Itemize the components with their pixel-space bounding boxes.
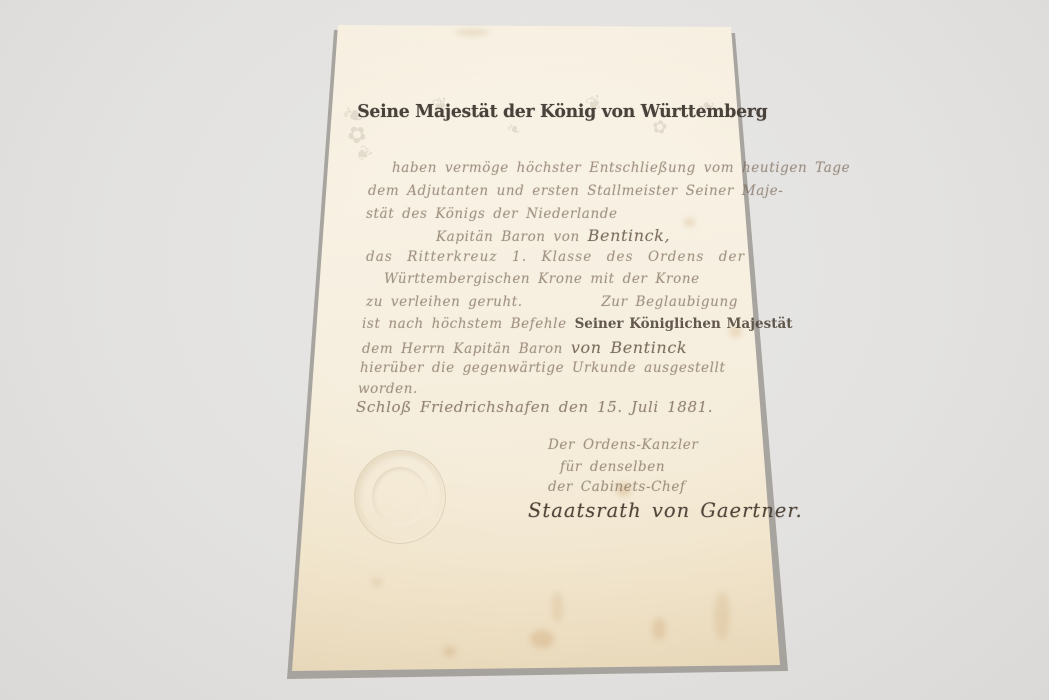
handwritten-line-recipient: Kapitän Baron von Bentinck, xyxy=(436,226,670,245)
signature: Staatsrath von Gaertner. xyxy=(528,499,803,522)
handwritten-line: stät des Königs der Niederlande xyxy=(366,206,618,222)
foxing-stain xyxy=(652,618,666,640)
printed-fraktur-part: Seiner Königlichen Majestät xyxy=(575,316,793,332)
handwritten-line: hierüber die gegenwärtige Urkunde ausges… xyxy=(360,360,725,376)
recipient-name: Bentinck, xyxy=(588,226,671,245)
foxing-stain xyxy=(443,646,456,657)
line-handwritten-part: ist nach höchstem Befehle xyxy=(362,316,575,332)
embossed-seal xyxy=(354,450,446,544)
handwritten-line-recipient: dem Herrn Kapitän Baron von Bentinck xyxy=(362,338,687,357)
line-left-part: zu verleihen geruht. xyxy=(366,294,523,310)
foxing-stain xyxy=(552,592,563,622)
recipient-title: Kapitän Baron von xyxy=(436,229,588,245)
handwritten-line: worden. xyxy=(358,381,418,397)
handwritten-line-with-print: ist nach höchstem Befehle Seiner Königli… xyxy=(362,316,792,332)
foxing-stain xyxy=(455,29,489,36)
photo-of-document: ❧ ✿ ❦ ❦ ❧ ❦ ✿ ❧ Seine Majestät der König… xyxy=(0,0,1049,700)
foxing-stain xyxy=(530,630,554,648)
line-right-part: Zur Beglaubigung xyxy=(601,294,738,310)
handwritten-line: haben vermöge höchster Entschließung vom… xyxy=(392,160,850,176)
signature-block-line: der Cabinets-Chef xyxy=(548,479,686,495)
date-line: Schloß Friedrichshafen den 15. Juli 1881… xyxy=(356,398,713,416)
foxing-stain xyxy=(714,592,730,640)
foxing-stain xyxy=(371,578,382,587)
signature-block-line: für denselben xyxy=(560,459,665,475)
signature-block-line: Der Ordens-Kanzler xyxy=(548,437,698,453)
handwritten-line: zu verleihen geruht.Zur Beglaubigung xyxy=(366,294,738,310)
foxing-stain xyxy=(684,218,695,227)
recipient-name: von Bentinck xyxy=(571,338,687,357)
line-handwritten-part: dem Herrn Kapitän Baron xyxy=(362,341,571,357)
embossed-seal-emblem xyxy=(372,467,428,526)
document-header-fraktur: Seine Majestät der König von Württemberg xyxy=(357,99,705,125)
handwritten-line: das Ritterkreuz 1. Klasse des Ordens der xyxy=(366,249,745,265)
handwritten-line: Württembergischen Krone mit der Krone xyxy=(384,271,700,287)
handwritten-line: dem Adjutanten und ersten Stallmeister S… xyxy=(368,183,783,199)
